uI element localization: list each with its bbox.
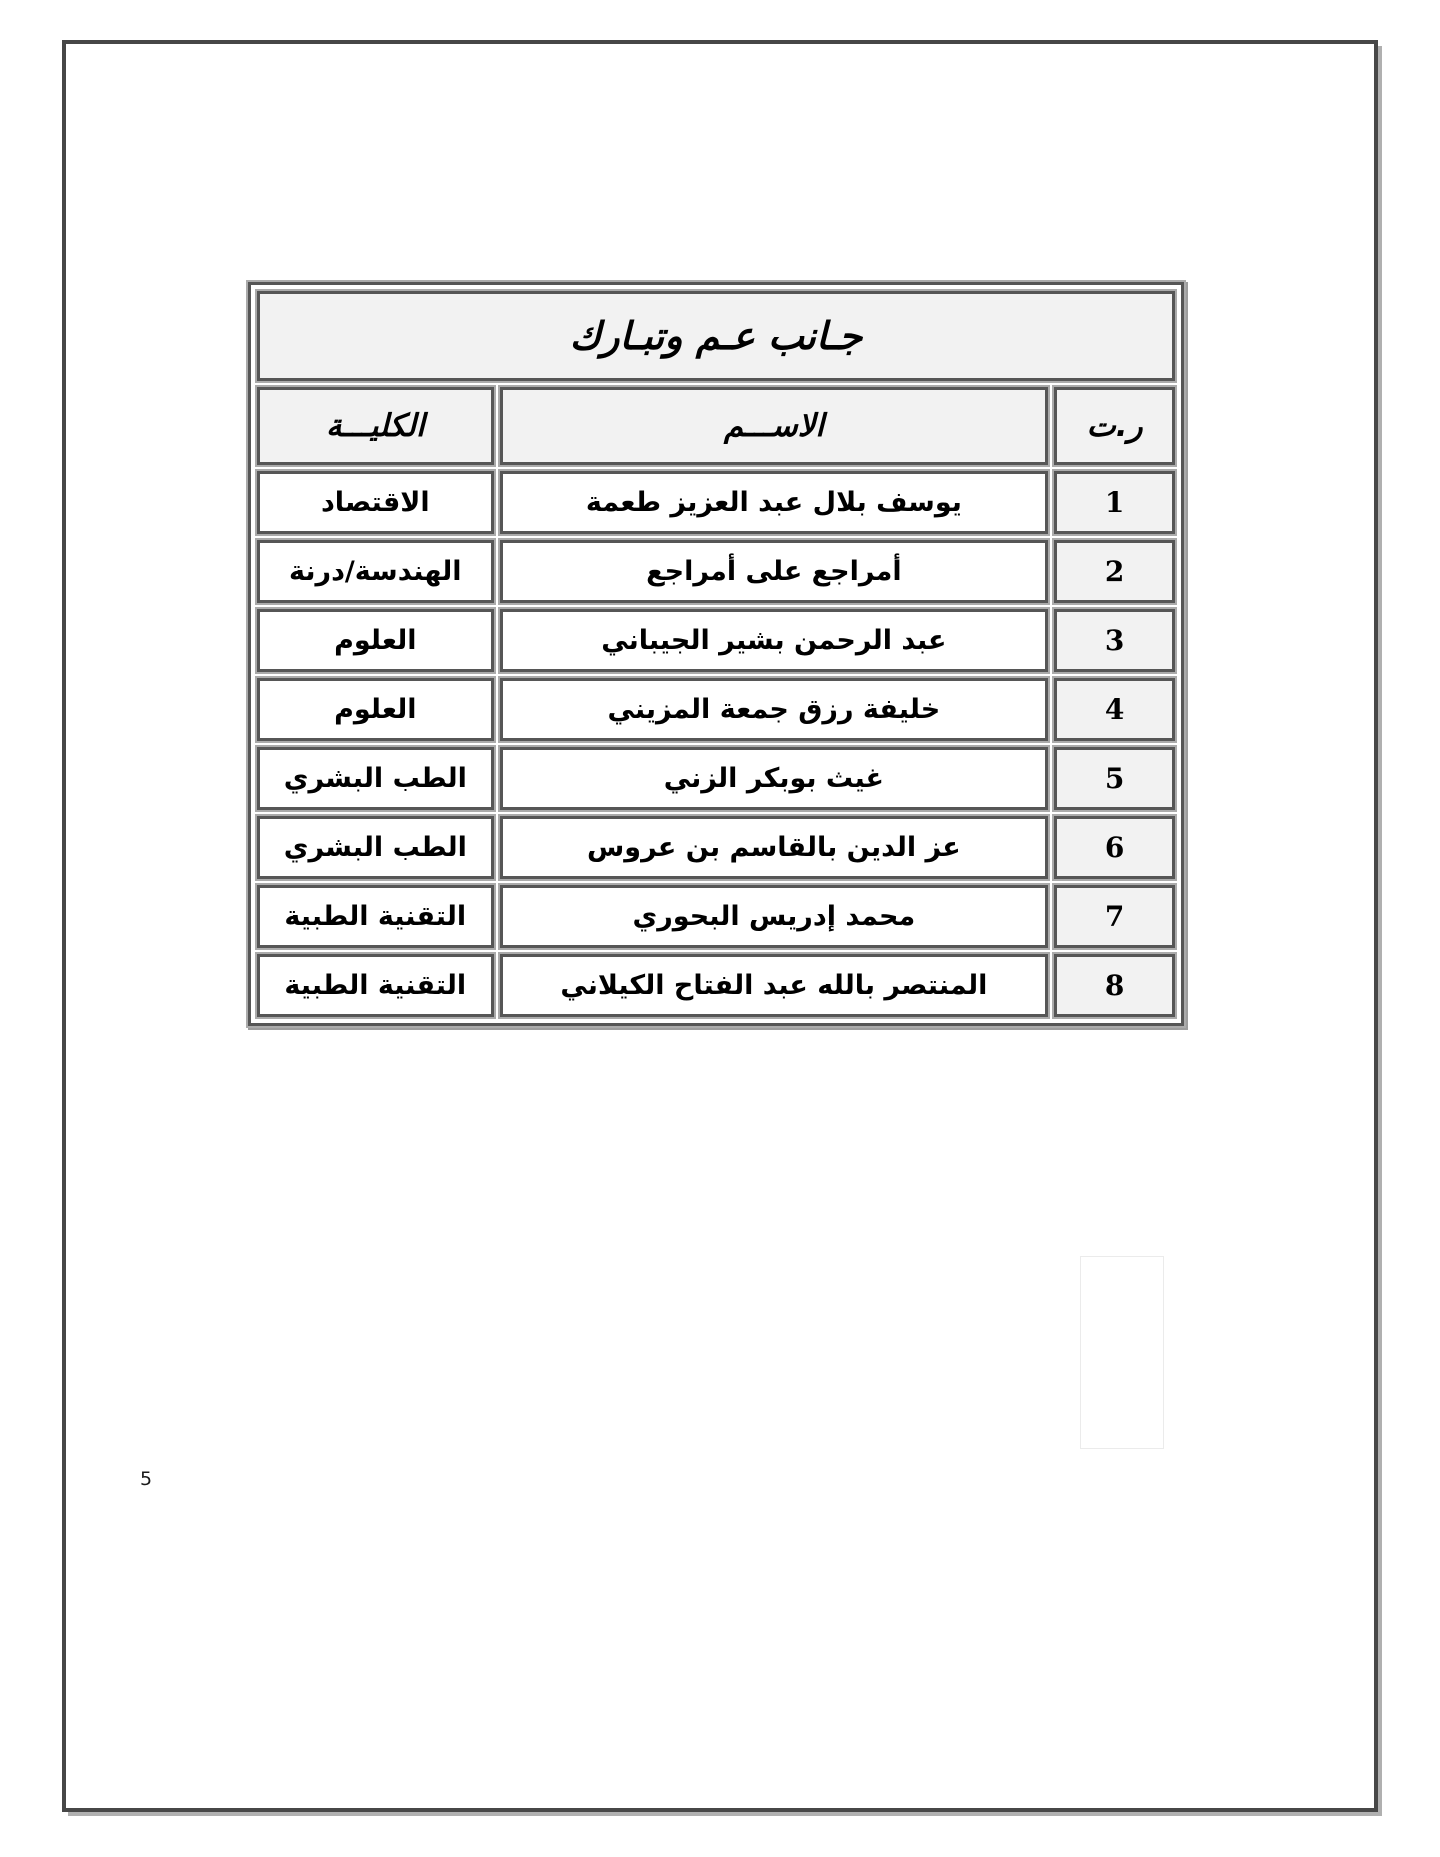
students-table: جـانب عـم وتبـارك ر.ت الاســـم الكليـــة… [248, 282, 1184, 1026]
table-row: 5 غيث بوبكر الزني الطب البشري [257, 747, 1175, 810]
student-name: عبد الرحمن بشير الجيباني [500, 609, 1049, 672]
student-name: يوسف بلال عبد العزيز طعمة [500, 471, 1049, 534]
row-index: 1 [1054, 471, 1175, 534]
student-name: محمد إدريس البحوري [500, 885, 1049, 948]
page-number: 5 [140, 1468, 152, 1490]
row-index: 3 [1054, 609, 1175, 672]
table-row: 4 خليفة رزق جمعة المزيني العلوم [257, 678, 1175, 741]
table-title: جـانب عـم وتبـارك [257, 291, 1175, 381]
table-row: 6 عز الدين بالقاسم بن عروس الطب البشري [257, 816, 1175, 879]
faculty-name: الطب البشري [257, 747, 494, 810]
student-name: أمراجع على أمراجع [500, 540, 1049, 603]
table-row: 3 عبد الرحمن بشير الجيباني العلوم [257, 609, 1175, 672]
empty-placeholder-box [1080, 1256, 1164, 1449]
table-row: 8 المنتصر بالله عبد الفتاح الكيلاني التق… [257, 954, 1175, 1017]
row-index: 7 [1054, 885, 1175, 948]
students-table-container: جـانب عـم وتبـارك ر.ت الاســـم الكليـــة… [248, 282, 1184, 1026]
student-name: عز الدين بالقاسم بن عروس [500, 816, 1049, 879]
col-header-name: الاســـم [500, 387, 1049, 465]
faculty-name: العلوم [257, 678, 494, 741]
faculty-name: الهندسة/درنة [257, 540, 494, 603]
col-header-faculty: الكليـــة [257, 387, 494, 465]
row-index: 8 [1054, 954, 1175, 1017]
table-title-row: جـانب عـم وتبـارك [257, 291, 1175, 381]
table-row: 2 أمراجع على أمراجع الهندسة/درنة [257, 540, 1175, 603]
student-name: المنتصر بالله عبد الفتاح الكيلاني [500, 954, 1049, 1017]
table-row: 1 يوسف بلال عبد العزيز طعمة الاقتصاد [257, 471, 1175, 534]
faculty-name: العلوم [257, 609, 494, 672]
document-page: { "page": { "number": "5" }, "table": { … [0, 0, 1440, 1857]
faculty-name: التقنية الطبية [257, 885, 494, 948]
faculty-name: التقنية الطبية [257, 954, 494, 1017]
table-header-row: ر.ت الاســـم الكليـــة [257, 387, 1175, 465]
student-name: خليفة رزق جمعة المزيني [500, 678, 1049, 741]
row-index: 4 [1054, 678, 1175, 741]
table-row: 7 محمد إدريس البحوري التقنية الطبية [257, 885, 1175, 948]
faculty-name: الاقتصاد [257, 471, 494, 534]
row-index: 5 [1054, 747, 1175, 810]
row-index: 2 [1054, 540, 1175, 603]
faculty-name: الطب البشري [257, 816, 494, 879]
col-header-index: ر.ت [1054, 387, 1175, 465]
student-name: غيث بوبكر الزني [500, 747, 1049, 810]
row-index: 6 [1054, 816, 1175, 879]
